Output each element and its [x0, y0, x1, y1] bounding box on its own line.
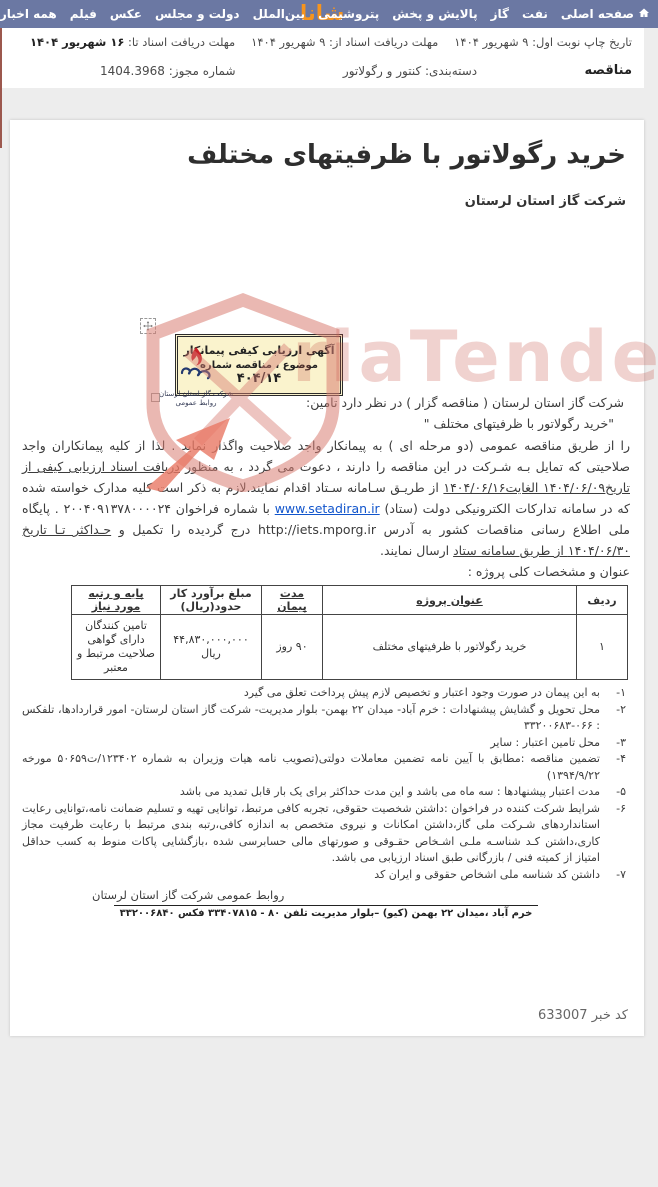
nav-item-international[interactable]: بین‌الملل	[253, 7, 305, 21]
col-row-number: ردیف	[577, 586, 628, 615]
table-header-row: ردیف عنوان پروژه مدت پیمان مبلغ برآورد ک…	[72, 586, 628, 615]
list-item: ۶-شرایط شرکت کننده در فراخوان :داشتن شخص…	[22, 801, 630, 867]
iets-url: http://iets.mporg.ir	[258, 522, 376, 537]
tender-conditions-list: ۱-به این پیمان در صورت وجود اعتبار و تخص…	[22, 685, 630, 883]
nigc-flame-icon	[175, 346, 217, 386]
nav-item-petrochemical[interactable]: پتروشیمی	[318, 7, 379, 21]
nav-item-home[interactable]: صفحه اصلی	[561, 7, 650, 22]
cell-row-number: ۱	[577, 615, 628, 680]
col-duration: مدت پیمان	[262, 586, 323, 615]
cell-project-title: خرید رگولاتور با ظرفیتهای مختلف	[323, 615, 577, 680]
left-edge-strip	[0, 28, 2, 148]
nav-item-gas[interactable]: گاز	[491, 7, 509, 21]
list-item: ۱-به این پیمان در صورت وجود اعتبار و تخص…	[22, 685, 630, 702]
col-project-title: عنوان پروژه	[323, 586, 577, 615]
intro-line-1: شرکت گاز استان لرستان ( مناقصه گزار ) در…	[22, 392, 630, 413]
page: شانا صفحه اصلی نفت گاز پالایش و پخش پترو…	[0, 0, 658, 1187]
signature-line: روابط عمومی شرکت گاز استان لرستان	[22, 888, 630, 902]
article-subtitle: شرکت گاز استان لرستان	[465, 194, 626, 209]
nav-item-all-news[interactable]: همه اخبار	[0, 7, 57, 21]
nav-item-oil[interactable]: نفت	[522, 7, 548, 21]
nav-item-government[interactable]: دولت و مجلس	[155, 7, 240, 21]
cell-amount: ۴۴,۸۳۰,۰۰۰,۰۰۰ ریال	[161, 615, 262, 680]
print-date: تاریخ چاپ نوبت اول: ۹ شهریور ۱۴۰۴	[454, 35, 632, 49]
article-card: خرید رگولاتور با ظرفیتهای مختلف شرکت گاز…	[10, 120, 644, 1036]
docs-from-date: مهلت دریافت اسناد از: ۹ شهریور ۱۴۰۴	[251, 35, 438, 49]
setadiran-link[interactable]: www.setadiran.ir	[275, 501, 380, 516]
meta-category-row: مناقصه دسته‌بندی: کنتور و رگولاتور شماره…	[0, 49, 644, 78]
nav-item-refining[interactable]: پالایش و پخش	[392, 7, 477, 21]
table-row: ۱ خرید رگولاتور با ظرفیتهای مختلف ۹۰ روز…	[72, 615, 628, 680]
move-handle-icon[interactable]	[140, 318, 156, 334]
page-title: خرید رگولاتور با ظرفیتهای مختلف	[28, 140, 626, 170]
nav-item-label: صفحه اصلی	[561, 7, 634, 21]
col-amount: مبلغ برآورد کار حدود(ریال)	[161, 586, 262, 615]
tender-number: ۴۰۴/۱۴	[237, 371, 281, 386]
cell-duration: ۹۰ روز	[262, 615, 323, 680]
doc-footer: خرم آباد ،میدان ۲۲ بهمن (کیو) –بلوار مدی…	[22, 904, 630, 919]
news-code: کد خبر 633007	[10, 1008, 628, 1023]
tender-body-paragraph: را از طریق مناقصه عمومی (دو مرحله ای ) ب…	[22, 435, 630, 561]
meta-bar: تاریخ چاپ نوبت اول: ۹ شهریور ۱۴۰۴ مهلت د…	[0, 28, 644, 88]
docs-until-date: مهلت دریافت اسناد تا: ۱۶ شهریور ۱۴۰۴	[30, 35, 235, 49]
intro-line-2: "خرید رگولاتور با ظرفیتهای مختلف "	[22, 413, 630, 434]
company-address: خرم آباد ،میدان ۲۲ بهمن (کیو) –بلوار مدی…	[114, 905, 539, 919]
license-number: شماره مجوز: 1404.3968	[100, 64, 236, 78]
nav-item-video[interactable]: فیلم	[70, 7, 97, 21]
meta-dates-row: تاریخ چاپ نوبت اول: ۹ شهریور ۱۴۰۴ مهلت د…	[0, 28, 644, 49]
tender-type-badge: مناقصه	[585, 63, 632, 78]
list-item: ۳-محل تامین اعتبار : سایر	[22, 735, 630, 752]
tender-document-text: شرکت گاز استان لرستان ( مناقصه گزار ) در…	[22, 392, 630, 919]
list-item: ۴-تضمین مناقصه :مطابق با آیین نامه تضمین…	[22, 751, 630, 784]
home-icon	[638, 7, 650, 22]
top-nav: شانا صفحه اصلی نفت گاز پالایش و پخش پترو…	[0, 0, 658, 28]
list-item: ۵-مدت اعتبار پیشنهادها : سه ماه می باشد …	[22, 784, 630, 801]
col-rank: پایه و رتبه مورد نیاز	[72, 586, 161, 615]
project-spec-table: ردیف عنوان پروژه مدت پیمان مبلغ برآورد ک…	[71, 585, 628, 680]
project-spec-label: عنوان و مشخصات کلی پروژه :	[22, 561, 630, 582]
category: دسته‌بندی: کنتور و رگولاتور	[343, 64, 477, 78]
list-item: ۲-محل تحویل و گشایش پیشنهادات : خرم آباد…	[22, 702, 630, 735]
list-item: ۷-داشتن کد شناسه ملی اشخاص حقوقی و ایران…	[22, 867, 630, 884]
cell-rank: تامین کنندگان دارای گواهی صلاحیت مرتبط و…	[72, 615, 161, 680]
nav-item-photo[interactable]: عکس	[110, 7, 142, 21]
